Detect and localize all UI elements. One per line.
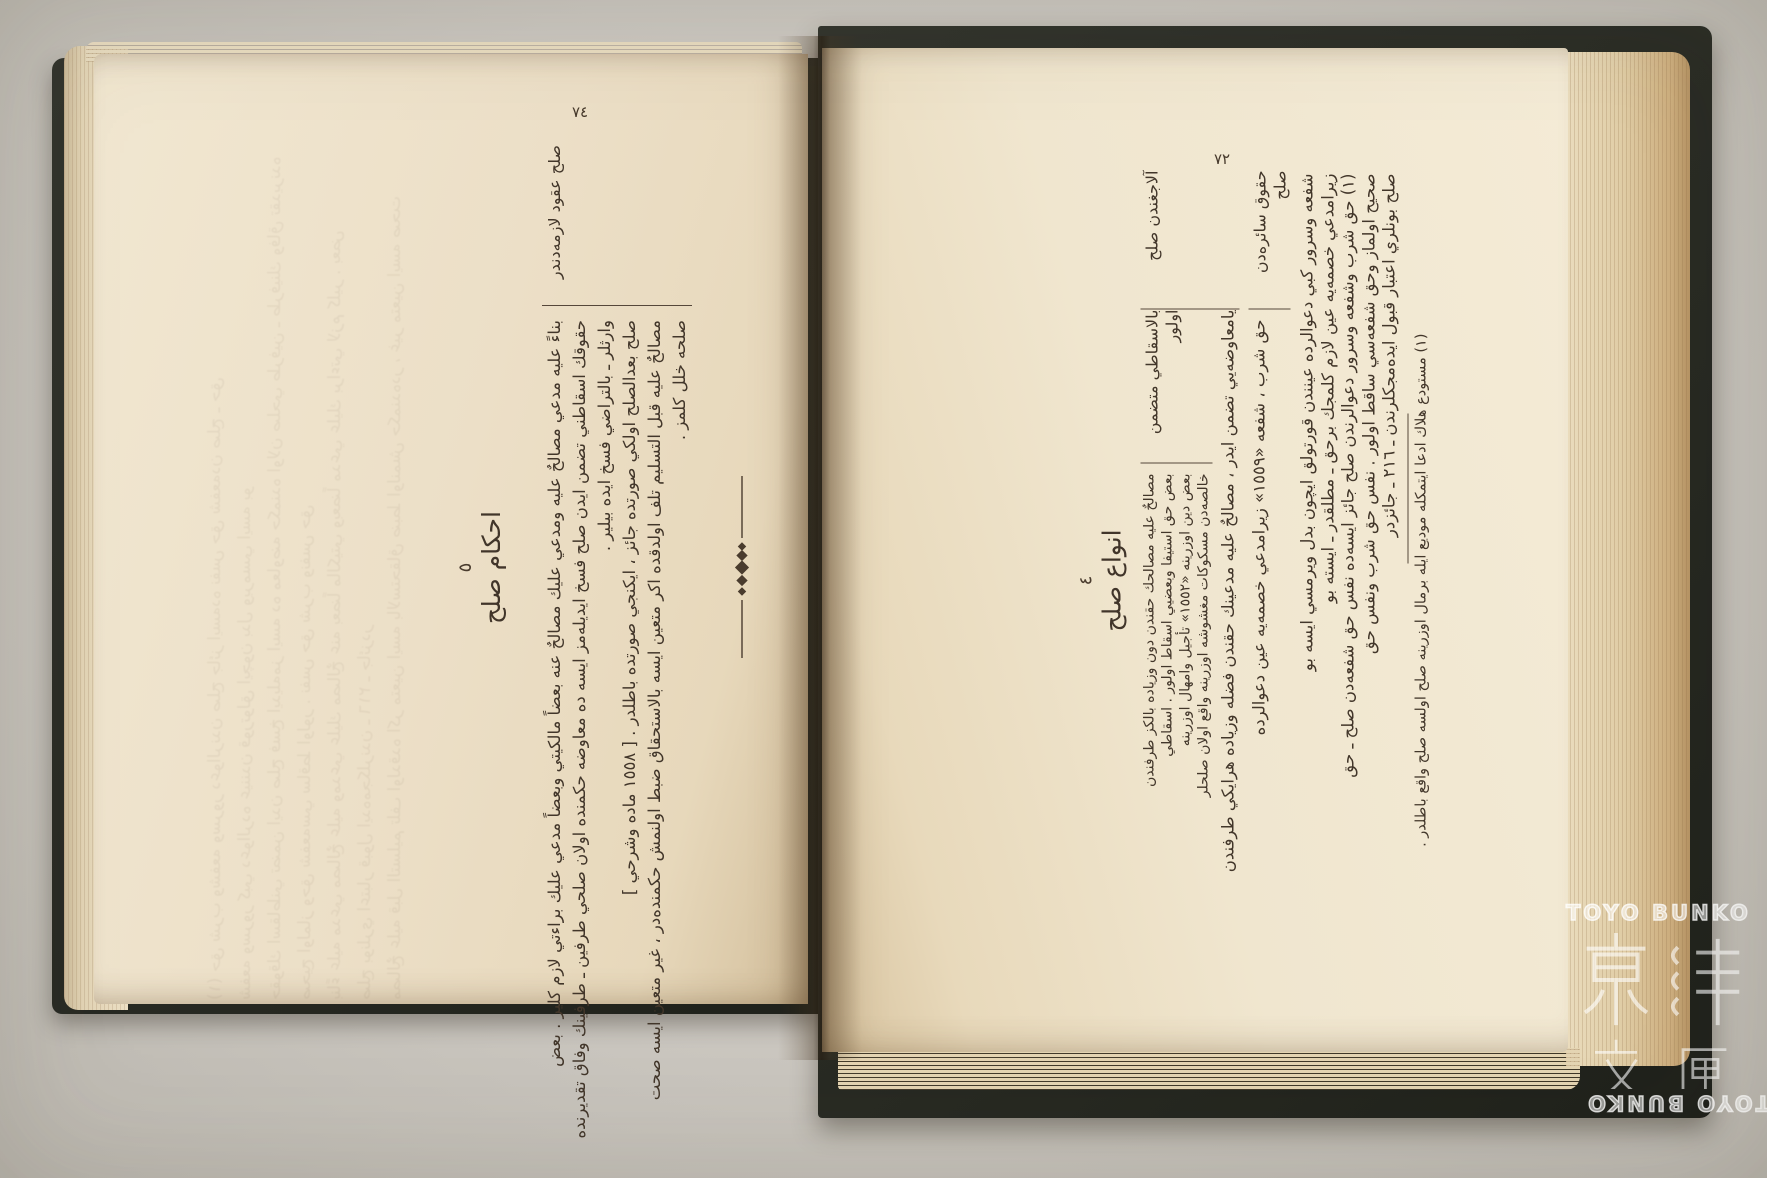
right-page-text-block: ٤ انواع صلح آلاجغندن صلح بالاسقاطي متضمن… [1076, 96, 1421, 1066]
left-body-text: بناءً عليه مدعي مصالحٌ عليه ومدعي عليك م… [542, 306, 692, 1139]
left-body-line: صلحه خلل كلمز . [667, 320, 692, 1139]
footnote-separator [1407, 414, 1408, 564]
classification-examples: مصالحٌ عليه مصالحك حقندن دون وزياده بالك… [1141, 464, 1213, 1066]
left-body-line: حقوقك اسقاطني تضمن ايدن صلح فسخ ايديله‌م… [567, 320, 592, 1139]
classification-label-2: حقوق سائره‌دن صلح [1249, 171, 1291, 310]
ghost-line: بناءً عليه مدعي مصالحٌ عليه ومدعي عليك م… [320, 150, 350, 1000]
classification-label-1: آلاجغندن صلح [1141, 171, 1240, 310]
classification-entry-2: حقوق سائره‌دن صلح حق شرب ، شفعه «١٥٥٩» ز… [1249, 96, 1291, 1066]
right-body-line: زيرامدعي خصمه‌يه عين لازم كلمجك برحق ـ م… [1318, 174, 1339, 1066]
left-page-number: ٧٤ [572, 103, 588, 121]
left-margin-note: صلح عقود لازمه‌دندر [542, 145, 692, 306]
right-body-line: (١) حق شرب وشفعه وسرور دعوالرندن صلح جائ… [1339, 174, 1360, 1066]
classification-branch-row-1: بالاسقاطي متضمن اولور مصالحٌ عليه مصالحك… [1141, 310, 1213, 1066]
right-section-heading: انواع صلح [1098, 96, 1127, 1066]
right-body-line: شفعه وسرور كبي دعوالرده عينندن قورتولق ا… [1298, 174, 1319, 1066]
ghost-line: مصالحٌ عليه قبل التسليم تلف اولدقده اكر … [380, 150, 410, 1000]
left-content-row: صلح عقود لازمه‌دندر بناءً عليه مدعي مصال… [542, 90, 692, 1045]
right-body-line: صحيح اولماز وحق شفعه‌سي ساقط اولور . نفس… [1359, 174, 1380, 1066]
right-body-text: شفعه وسرور كبي دعوالرده عينندن قورتولق ا… [1298, 96, 1401, 1066]
classification-branches: بالاسقاطي متضمن اولور مصالحٌ عليه مصالحك… [1141, 310, 1240, 1066]
classification-example-line: بعض دين اوزرينه «١٥٥٢» تأجيل وامهال اوزر… [1177, 474, 1195, 1066]
photo-backdrop: (١) حق شرب وشفعه وسرور دعوالرندن صلح جائ… [0, 0, 1767, 1178]
classification-entry-2-text: حق شرب ، شفعه «١٥٥٩» زيرامدعي خصمه‌يه عي… [1249, 310, 1291, 1066]
left-body-line: بناءً عليه مدعي مصالحٌ عليه ومدعي عليك م… [542, 320, 567, 1139]
footnote-text: (١) مستودع هلاك ادعا ايتمكله موديع ايله … [1413, 96, 1429, 1066]
left-page-text-block: ٥ احكام صلح صلح عقود لازمه‌دندر بناءً عل… [455, 90, 790, 1045]
left-body-line: وارثلر ـ بالتراضي فسخ ايده بيلير . [592, 320, 617, 1139]
ghost-line: صلح بونلري اعتبار قبول ايده‌مجكلرندن ـ ٢… [350, 150, 380, 1000]
classification-table: آلاجغندن صلح بالاسقاطي متضمن اولور مصالح… [1141, 96, 1240, 1066]
right-body-line: صلح بونلري اعتبار قبول ايده‌مجكلرندن ـ ٢… [1380, 174, 1401, 1066]
left-page-showthrough: (١) حق شرب وشفعه وسرور دعوالرندن صلح جائ… [200, 150, 470, 1000]
classification-branch-2: يامعاوضه‌يي تضمن ايدر ، مصالحٌ عليه مدعي… [1218, 310, 1240, 1066]
classification-example-line: مصالحٌ عليه مصالحك حقندن دون وزياده بالك… [1141, 474, 1159, 1066]
ornament-rule-icon [734, 473, 750, 663]
right-fore-edge-stack [1566, 52, 1690, 1066]
ghost-line: حقوقك اسقاطني تضمن ايدن صلح فسخ ايديله‌م… [260, 150, 290, 1000]
classification-example-line: بعض حق استيفا وبعضيي اسقاط اولور . اسقاط… [1159, 474, 1177, 1066]
left-body-line: مصالحٌ عليه قبل التسليم تلف اولدقده اكر … [642, 320, 667, 1139]
ghost-line: شفعه وسرور كبي دعوالرده عينندن قورتولق ا… [230, 150, 260, 1000]
right-page-number: ٧٢ [1214, 150, 1230, 168]
left-section-number: ٥ [455, 90, 477, 1045]
section-ornament-divider [734, 90, 754, 1045]
left-body-line: صلح بعدالصلح اولكي صورتده جائز ، ايكنجي … [617, 320, 642, 1139]
right-section-number: ٤ [1076, 96, 1098, 1066]
classification-example-line: خالصه‌دن مسكوكات مغشوشه اوزرينه واقع اول… [1195, 474, 1213, 1066]
left-section-heading: احكام صلح [477, 90, 506, 1045]
classification-branch-1: بالاسقاطي متضمن اولور [1141, 310, 1213, 464]
ghost-line: (١) حق شرب وشفعه وسرور دعوالرندن صلح جائ… [200, 150, 230, 1000]
ghost-line: صحيح اولماز وحق شفعه‌سي ساقط اولور . نفس… [290, 150, 320, 1000]
